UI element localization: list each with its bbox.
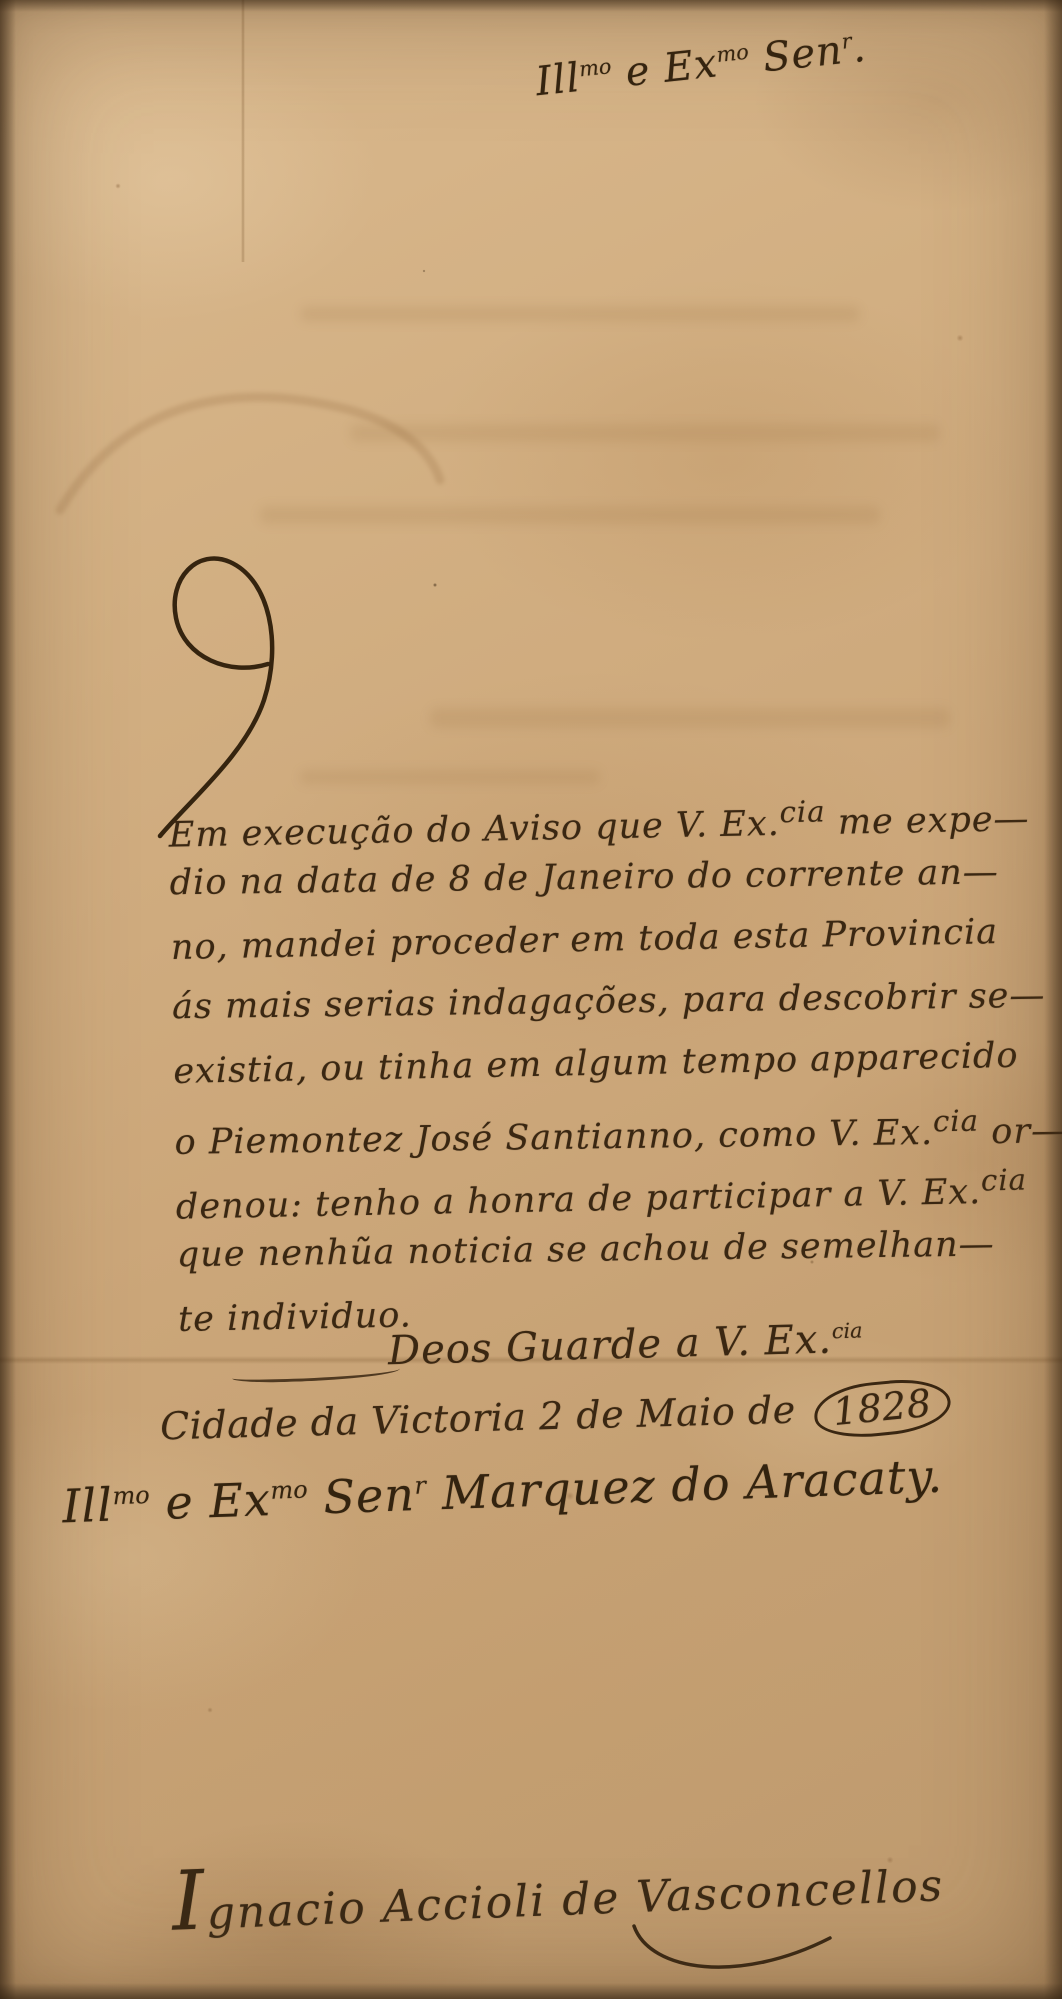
text-segment: existia, ou tinha em algum tempo apparec… [173,1036,1019,1092]
superscript-abbreviation: mo [715,40,750,67]
addressee-line: Illmo e Exmo Senr Marquez do Aracaty. [61,1449,943,1534]
ghost-flourish-stroke [50,370,450,530]
verso-showthrough-streak [300,770,600,784]
paper-edge-bottom [0,1983,1062,1999]
text-segment: Ill [534,55,583,105]
superscript-abbreviation: cia [832,1318,863,1343]
text-segment: or— [979,1111,1062,1152]
superscript-abbreviation: cia [933,1104,979,1139]
letter-body: Em execução do Aviso que V. Ex.cia me ex… [168,776,1062,1351]
dateline-text: Cidade da Victoria 2 de Maio de [160,1388,797,1449]
superscript-abbreviation: cia [779,794,826,829]
verso-showthrough-streak [300,306,860,322]
paper-edge-left [0,0,16,1999]
text-segment: que nenhũa noticia se achou de semelhan— [177,1224,995,1275]
dateline: Cidade da Victoria 2 de Maio de 1828 [159,1380,951,1455]
pen-stroke-flourish [232,1363,400,1384]
fold-crease-vertical [241,0,245,262]
text-segment: e Ex [610,40,720,97]
text-segment: Marquez do Aracaty. [425,1449,943,1521]
text-segment: e Ex [149,1472,272,1530]
text-segment: te individuo. [178,1295,412,1339]
text-segment: Sen [307,1467,416,1525]
salutation: Illmo e Exmo Senr. [534,25,869,105]
text-segment: no, mandei proceder em toda esta Provinc… [171,912,999,968]
verso-showthrough-streak [430,708,950,728]
text-segment: dio na data de 8 de Janeiro do corrente … [169,852,999,903]
superscript-abbreviation: cia [981,1163,1028,1198]
paper-edge-top [0,0,1062,12]
text-segment: Ill [61,1478,113,1534]
circled-year: 1828 [812,1375,953,1442]
manuscript-page: Illmo e Exmo Senr. Em execução do Aviso … [0,0,1062,1999]
text-segment: ás mais serias indagações, para descobri… [172,976,1046,1027]
text-segment: me expe— [825,799,1029,843]
signature-rubric-flourish [620,1910,860,1990]
superscript-abbreviation: mo [112,1481,150,1510]
superscript-abbreviation: mo [578,54,613,81]
text-segment: . [850,25,868,72]
text-segment: Sen [747,27,845,83]
superscript-abbreviation: mo [270,1475,308,1504]
